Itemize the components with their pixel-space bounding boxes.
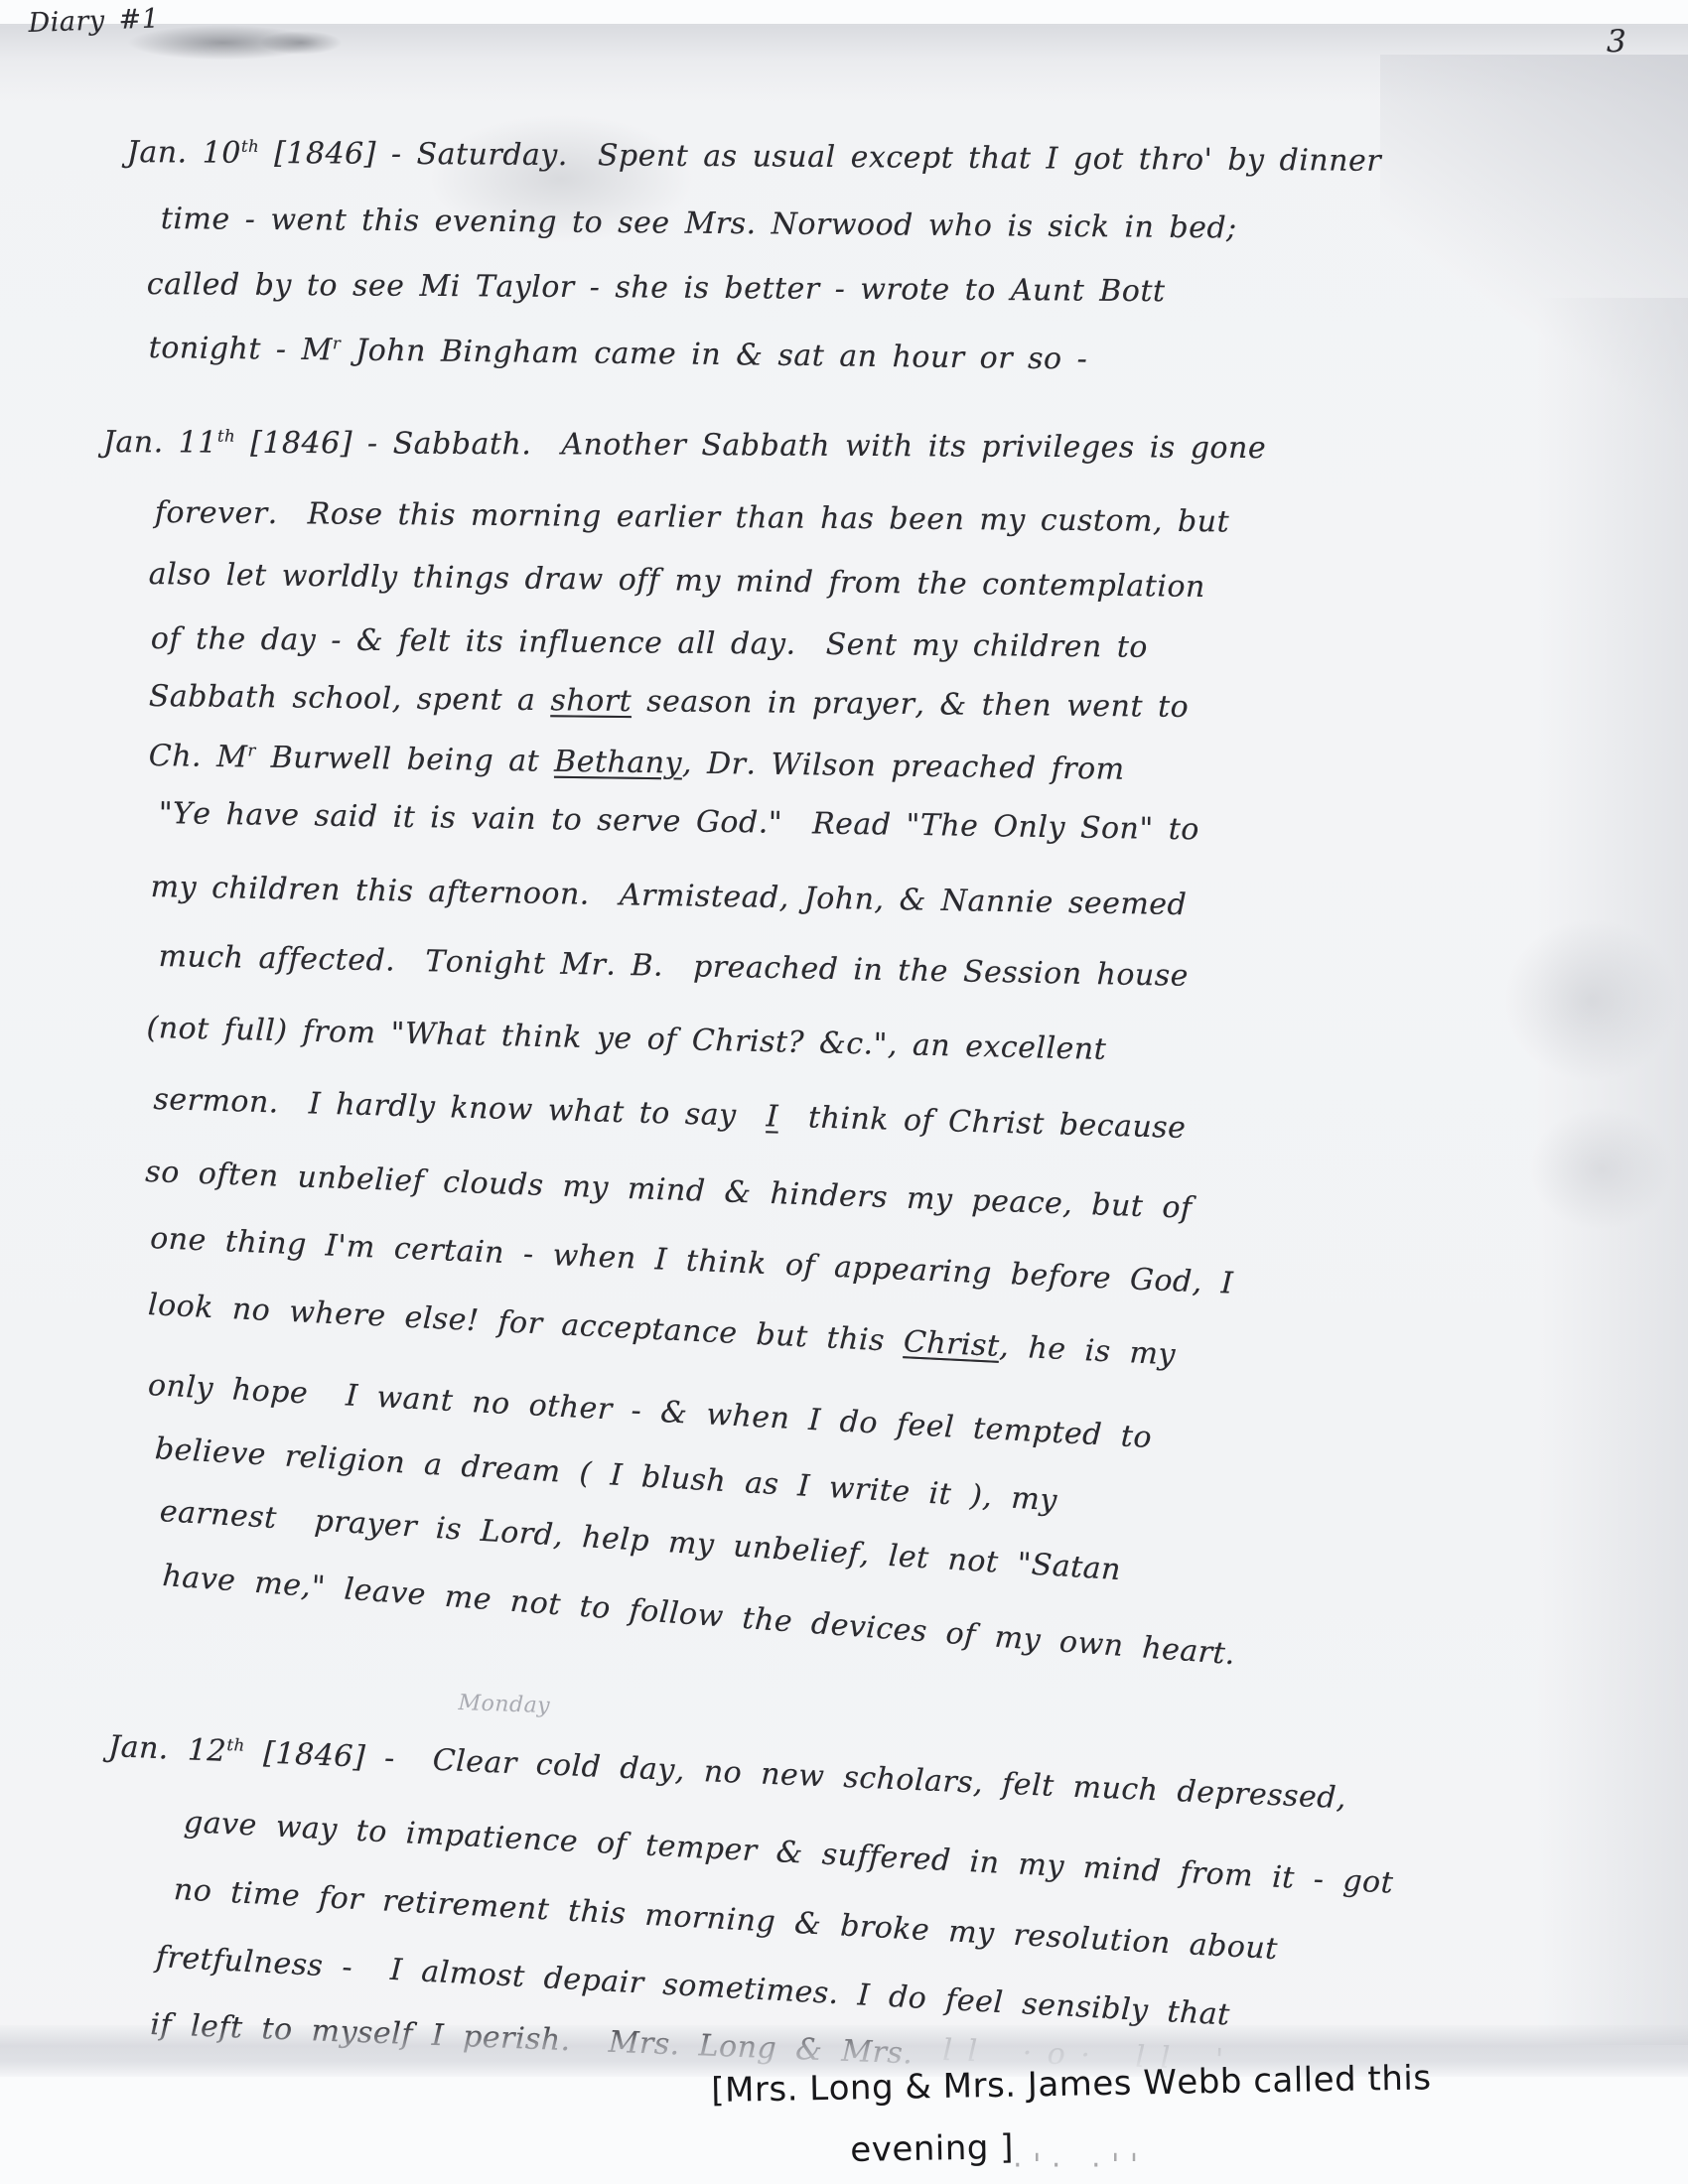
diary-page-scan: Diary #1 3 Jan. 10th [1846] - Saturday. … (0, 0, 1688, 2184)
jan11-line: (not full) from "What think ye of Christ… (146, 1011, 1106, 1067)
scan-edge-shading (1537, 298, 1688, 2045)
scan-blotch (1529, 1107, 1673, 1231)
diary-volume-label: Diary #1 (28, 3, 160, 39)
jan10-line: tonight - Mr John Bingham came in & sat … (149, 331, 1088, 377)
jan10-line: Jan. 10th [1846] - Saturday. Spent as us… (127, 135, 1381, 179)
jan11-line: sermon. I hardly know what to say I thin… (153, 1082, 1187, 1146)
jan11-line: also let worldly things draw off my mind… (149, 557, 1205, 605)
jan11-line: Jan. 11th [1846] - Sabbath. Another Sabb… (103, 425, 1266, 466)
jan10-line: time - went this evening to see Mrs. Nor… (161, 202, 1237, 245)
jan12-line: if left to myself I perish. Mrs. Long & … (150, 2007, 914, 2071)
page-number: 3 (1607, 24, 1626, 60)
scan-top-gray-band (0, 24, 1688, 103)
jan11-line: "Ye have said it is vain to serve God." … (158, 796, 1199, 847)
transcription-note-line: evening ] (850, 2127, 1014, 2170)
jan11-line: forever. Rose this morning earlier than … (155, 495, 1230, 539)
jan11-line: Ch. Mr Burwell being at Bethany, Dr. Wil… (149, 739, 1125, 787)
scan-smudge (256, 30, 346, 56)
jan11-line: so often unbelief clouds my mind & hinde… (145, 1155, 1193, 1226)
jan10-line: called by to see Mi Taylor - she is bett… (147, 267, 1166, 309)
faded-illegible-text: · ' · · ' ' (1013, 2148, 1139, 2183)
jan12-line: Jan. 12th [1846] - Clear cold day, no ne… (108, 1729, 1347, 1816)
jan11-line: Sabbath school, spent a short season in … (149, 679, 1190, 725)
jan11-line: look no where else! for acceptance but t… (147, 1288, 1176, 1373)
scan-blotch (1504, 918, 1678, 1082)
jan11-line: much affected. Tonight Mr. B. preached i… (158, 939, 1189, 994)
scan-corner-shading (1380, 55, 1688, 481)
jan11-line: of the day - & felt its influence all da… (151, 621, 1148, 665)
pencil-weekday-note: Monday (458, 1691, 550, 1718)
jan11-line: one thing I'm certain - when I think of … (150, 1221, 1234, 1301)
jan11-line: my children this afternoon. Armistead, J… (150, 870, 1187, 922)
scan-top-white-strip (0, 0, 1688, 26)
